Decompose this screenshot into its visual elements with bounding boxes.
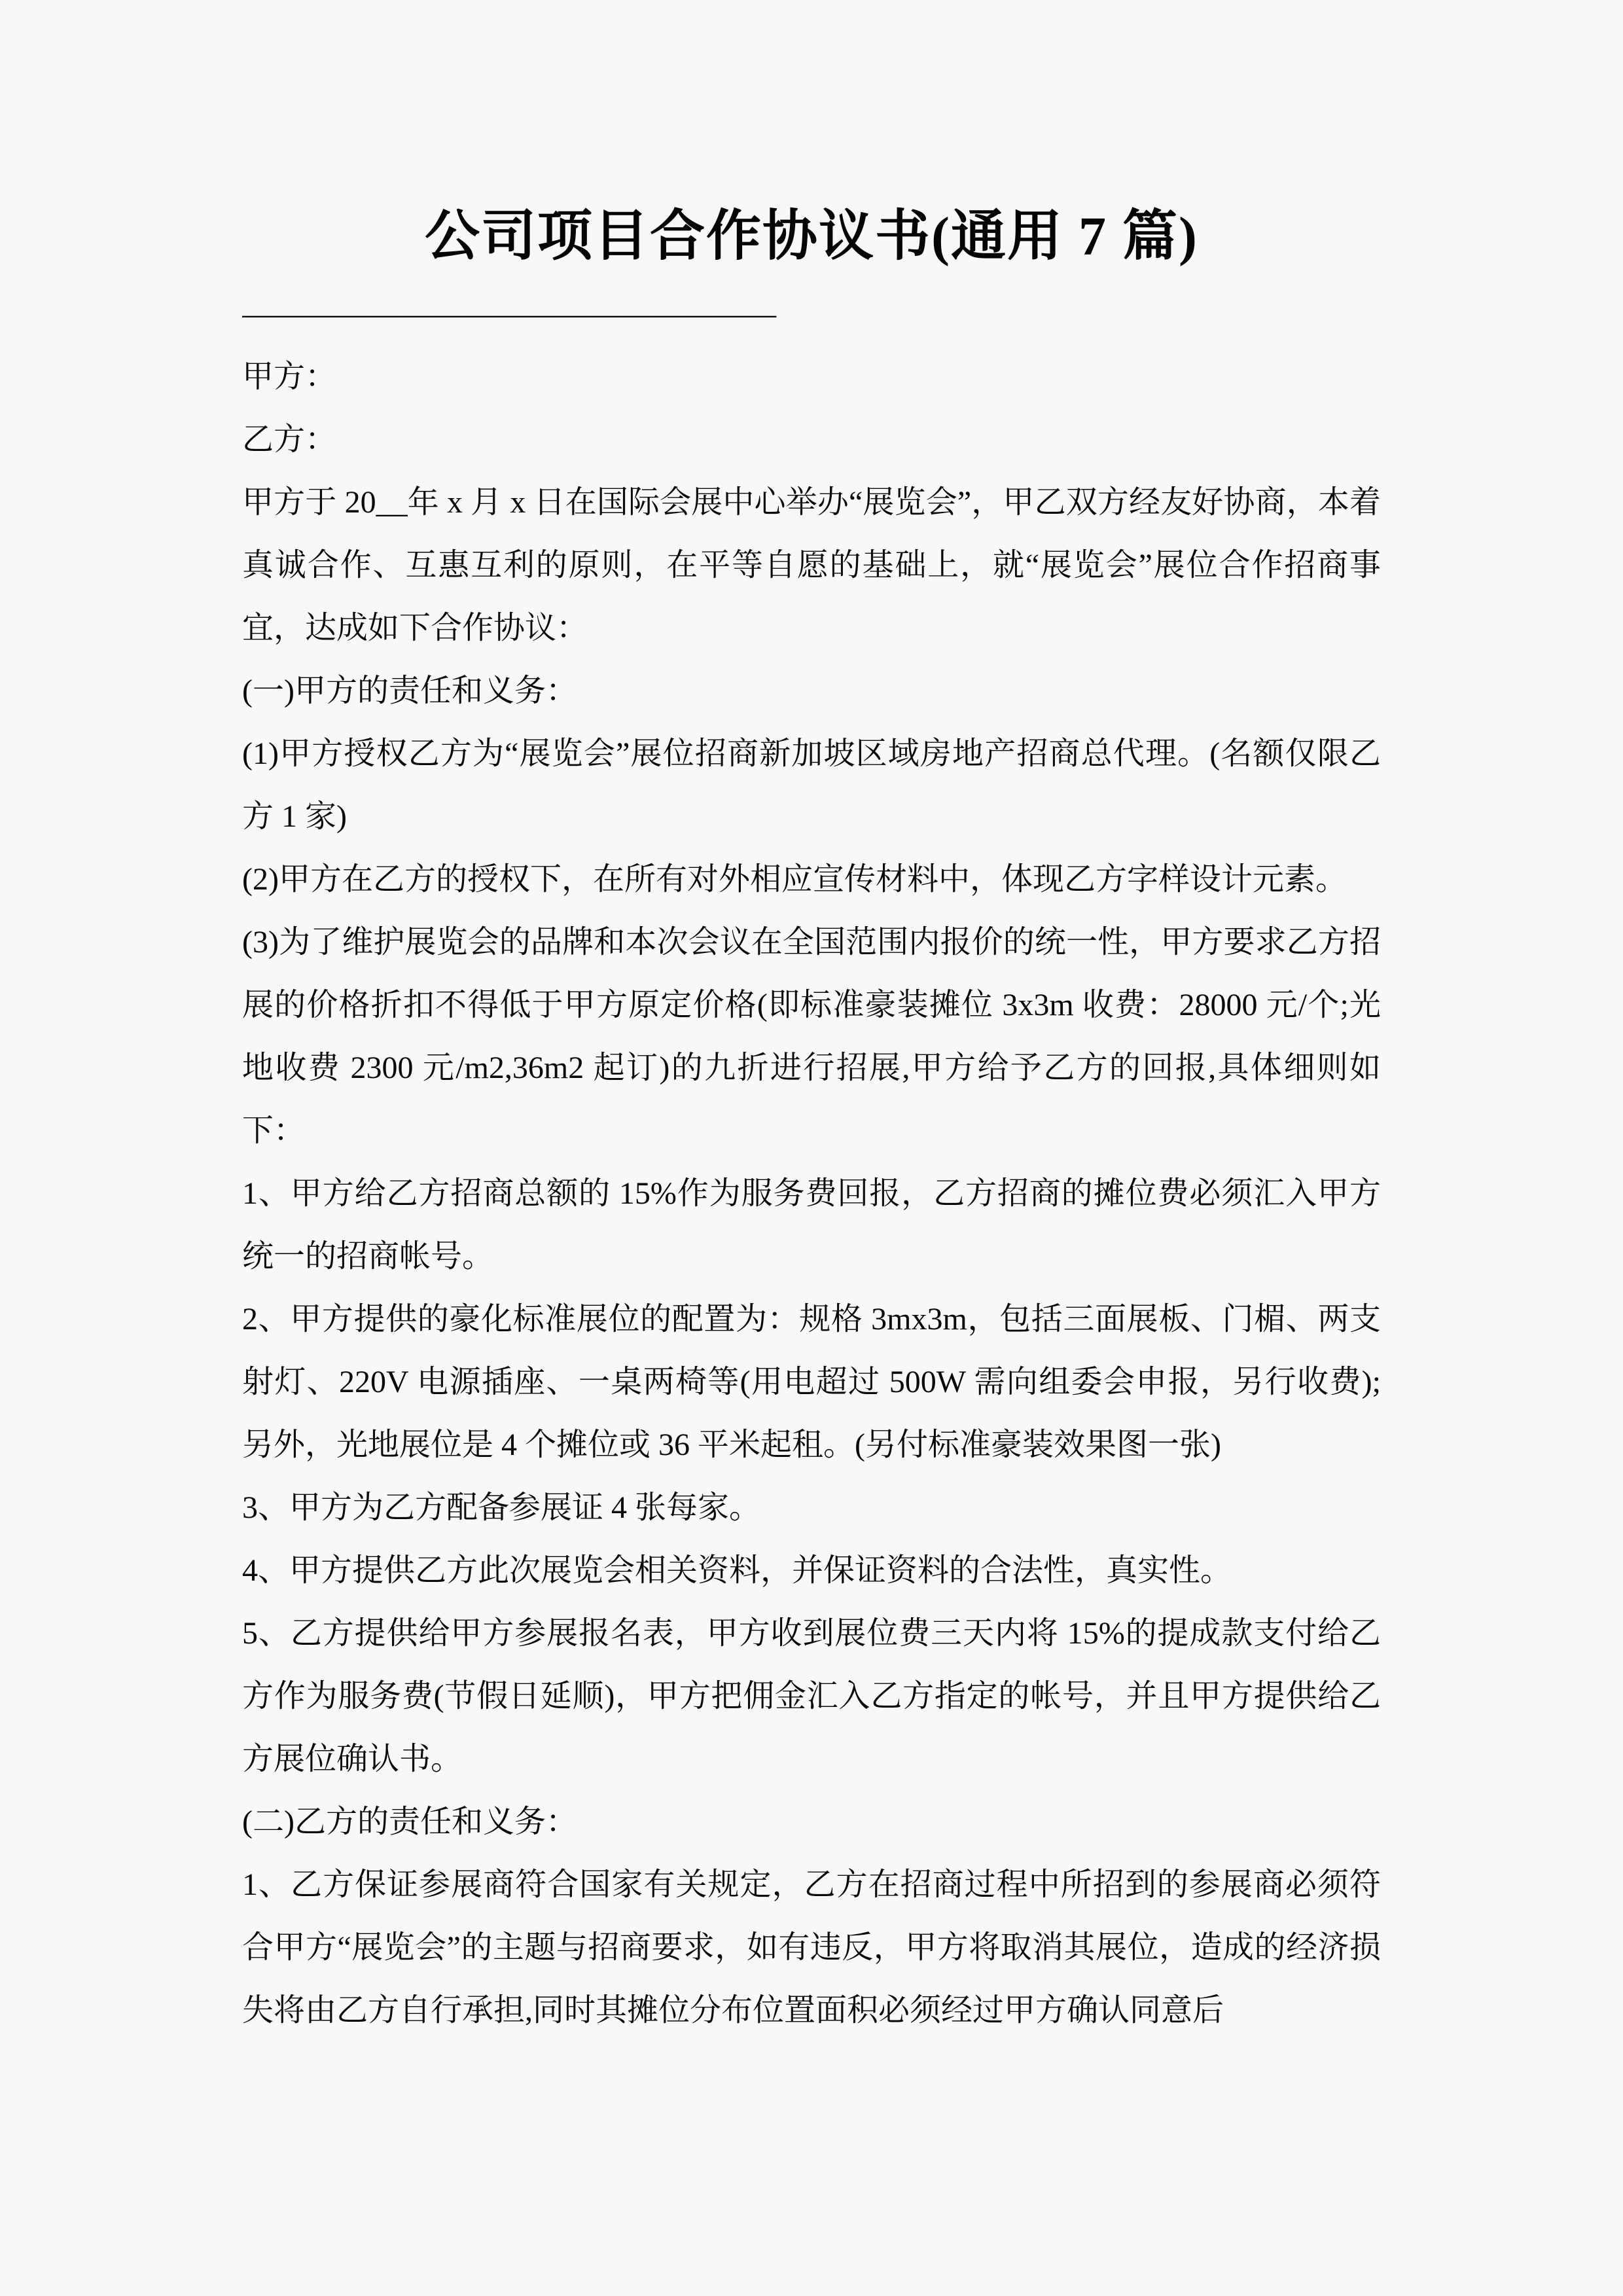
paragraph-rule-3: 3、甲方为乙方配备参展证 4 张每家。 [242,1477,1381,1539]
page-title: 公司项目合作协议书(通用 7 篇) [0,0,1623,274]
paragraph-party-a: 甲方： [242,346,1381,408]
paragraph-preamble: 甲方于 20__年 x 月 x 日在国际会展中心举办“展览会”，甲乙双方经友好协… [242,471,1381,660]
separator-line: ————————————————— [242,283,1381,346]
paragraph-rule-1: 1、甲方给乙方招商总额的 15%作为服务费回报，乙方招商的摊位费必须汇入甲方统一… [242,1162,1381,1288]
paragraph-rule-4: 4、甲方提供乙方此次展览会相关资料，并保证资料的合法性，真实性。 [242,1539,1381,1602]
paragraph-item-1-2: (2)甲方在乙方的授权下，在所有对外相应宣传材料中，体现乙方字样设计元素。 [242,848,1381,911]
paragraph-party-b: 乙方： [242,408,1381,471]
paragraph-section-1-heading: (一)甲方的责任和义务： [242,660,1381,723]
paragraph-section-2-item-1: 1、乙方保证参展商符合国家有关规定，乙方在招商过程中所招到的参展商必须符合甲方“… [242,1854,1381,2042]
document-page: 公司项目合作协议书(通用 7 篇) ————————————————— 甲方： … [0,0,1623,2296]
paragraph-item-1-1: (1)甲方授权乙方为“展览会”展位招商新加坡区域房地产招商总代理。(名额仅限乙方… [242,723,1381,848]
paragraph-item-1-3: (3)为了维护展览会的品牌和本次会议在全国范围内报价的统一性，甲方要求乙方招展的… [242,911,1381,1162]
paragraph-rule-5: 5、乙方提供给甲方参展报名表，甲方收到展位费三天内将 15%的提成款支付给乙方作… [242,1602,1381,1791]
paragraph-section-2-heading: (二)乙方的责任和义务： [242,1791,1381,1854]
document-body: ————————————————— 甲方： 乙方： 甲方于 20__年 x 月 … [242,283,1381,2042]
paragraph-rule-2: 2、甲方提供的豪化标准展位的配置为：规格 3mx3m，包括三面展板、门楣、两支射… [242,1288,1381,1477]
